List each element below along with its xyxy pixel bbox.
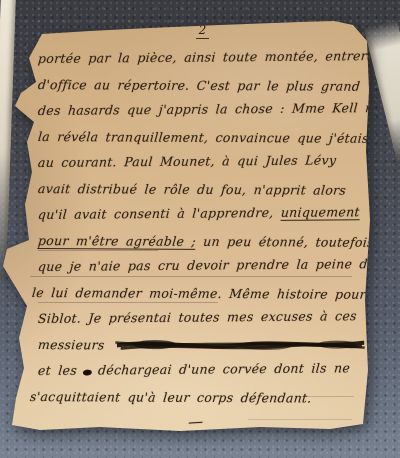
manuscript-line: au courant. Paul Mounet, à qui Jules Lév… — [37, 147, 369, 176]
manuscript-page: 2 portée par la pièce, ainsi toute monté… — [0, 0, 400, 458]
manuscript-text: s'acquittaient qu'à leur corps défendant… — [29, 389, 312, 405]
manuscript-line: et lesdéchargeai d'une corvée dont ils n… — [37, 355, 369, 384]
manuscript-text: des hasards que j'appris la chose : Mme … — [37, 100, 385, 118]
manuscript-line: portée par la pièce, ainsi toute montée,… — [37, 43, 369, 72]
manuscript-line: qu'il avait consenti à l'apprendre, uniq… — [37, 199, 369, 228]
underlined-text: uniquement — [280, 204, 360, 221]
photo-frame: 2 portée par la pièce, ainsi toute monté… — [0, 0, 400, 458]
page-number: 2 — [40, 23, 365, 37]
manuscript-text: le lui demander moi-même. Même histoire … — [31, 285, 366, 302]
ink-blot — [83, 370, 92, 376]
page-number-value: 2 — [196, 23, 210, 39]
manuscript-line: Siblot. Je présentai toutes mes excuses … — [37, 303, 369, 332]
manuscript-text: déchargeai d'une corvée dont ils ne — [98, 360, 351, 377]
manuscript-line: que je n'aie pas cru devoir prendre la p… — [37, 251, 369, 280]
manuscript-text: que je n'aie pas cru devoir prendre la p… — [37, 256, 376, 274]
handwriting-block: portée par la pièce, ainsi toute montée,… — [38, 46, 368, 436]
end-dash: — — [188, 408, 204, 435]
manuscript-page-wrap: 2 portée par la pièce, ainsi toute monté… — [0, 0, 400, 458]
crossed-out-scribble — [114, 336, 367, 353]
manuscript-text: Siblot. Je présentai toutes mes excuses … — [37, 308, 357, 326]
manuscript-text: portée par la pièce, ainsi toute montée,… — [37, 48, 385, 66]
manuscript-text: messieurs — [37, 337, 105, 352]
underlined-text: pour m'être agréable ; — [37, 233, 196, 250]
manuscript-line: — — [37, 407, 369, 436]
manuscript-text: au courant. Paul Mounet, à qui Jules Lév… — [37, 152, 336, 170]
manuscript-text: d'office au répertoire. C'est par le plu… — [37, 77, 361, 94]
manuscript-text: un peu étonné, toutefois, — [195, 234, 379, 250]
manuscript-text: qu'il avait consenti à l'apprendre, — [37, 205, 281, 222]
manuscript-text: avait distribué le rôle du fou, n'apprit… — [37, 181, 347, 198]
manuscript-line: des hasards que j'appris la chose : Mme … — [37, 95, 369, 124]
manuscript-text: la révéla tranquillement, convaincue que… — [37, 129, 369, 146]
manuscript-text: et les — [37, 363, 77, 378]
